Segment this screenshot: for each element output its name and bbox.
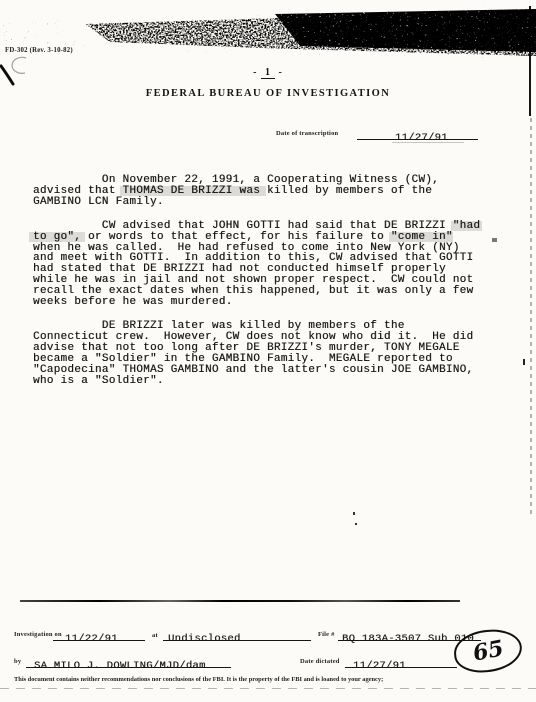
handwritten-page-number: 65 bbox=[470, 635, 505, 666]
document-title: FEDERAL BUREAU OF INVESTIGATION bbox=[0, 88, 536, 99]
scan-speck bbox=[523, 359, 525, 365]
date-of-transcription-blank: 11/27/91 bbox=[357, 127, 478, 140]
investigation-location-blank: Undisclosed bbox=[163, 628, 311, 641]
date-dictated-value: 11/27/91 bbox=[345, 660, 406, 672]
scan-speck bbox=[355, 523, 357, 525]
file-number-blank: BQ 183A-3507 Sub 010 bbox=[338, 628, 481, 641]
date-dictated-label: Date dictated bbox=[300, 658, 340, 665]
page-number-value: 1 bbox=[261, 67, 275, 79]
scan-edge-line-faint bbox=[530, 118, 532, 518]
investigation-date-blank: 11/22/91 bbox=[53, 628, 145, 641]
form-number: FD-302 (Rev. 3-10-82) bbox=[5, 47, 73, 54]
date-dictated-blank: 11/27/91 bbox=[345, 655, 457, 668]
agent-name-value: SA MILO J. DOWLING/MJD/dam bbox=[26, 660, 206, 672]
page-number-left-dash: - bbox=[253, 67, 261, 78]
by-label: by bbox=[14, 658, 21, 665]
date-of-transcription-label: Date of transcription bbox=[276, 130, 338, 137]
footer-divider-line bbox=[20, 600, 460, 602]
agent-name-blank: SA MILO J. DOWLING/MJD/dam bbox=[26, 655, 231, 668]
fbi-fd302-document-page: FD-302 (Rev. 3-10-82) - 1 - FEDERAL BURE… bbox=[0, 0, 536, 702]
date-of-transcription-value: 11/27/91 bbox=[357, 132, 448, 144]
scan-speck bbox=[353, 512, 355, 515]
page-number-right-dash: - bbox=[275, 67, 283, 78]
file-number-label: File # bbox=[318, 631, 335, 638]
investigation-location-value: Undisclosed bbox=[163, 633, 241, 645]
investigation-date-value: 11/22/91 bbox=[53, 633, 118, 645]
scan-noise-band bbox=[0, 0, 536, 120]
disclaimer-text: This document contains neither recommend… bbox=[14, 676, 486, 683]
report-body: On November 22, 1991, a Cooperating Witn… bbox=[33, 175, 503, 399]
paragraph-2: CW advised that JOHN GOTTI had said that… bbox=[33, 221, 503, 308]
page-number: - 1 - bbox=[0, 67, 536, 78]
scan-edge-line-dark bbox=[529, 6, 531, 116]
paragraph-3: DE BRIZZI later was killed by members of… bbox=[33, 321, 503, 386]
scan-cutoff-line bbox=[0, 688, 536, 689]
at-label: at bbox=[152, 632, 158, 639]
paragraph-1: On November 22, 1991, a Cooperating Witn… bbox=[33, 175, 503, 208]
file-number-value: BQ 183A-3507 Sub 010 bbox=[338, 633, 474, 645]
